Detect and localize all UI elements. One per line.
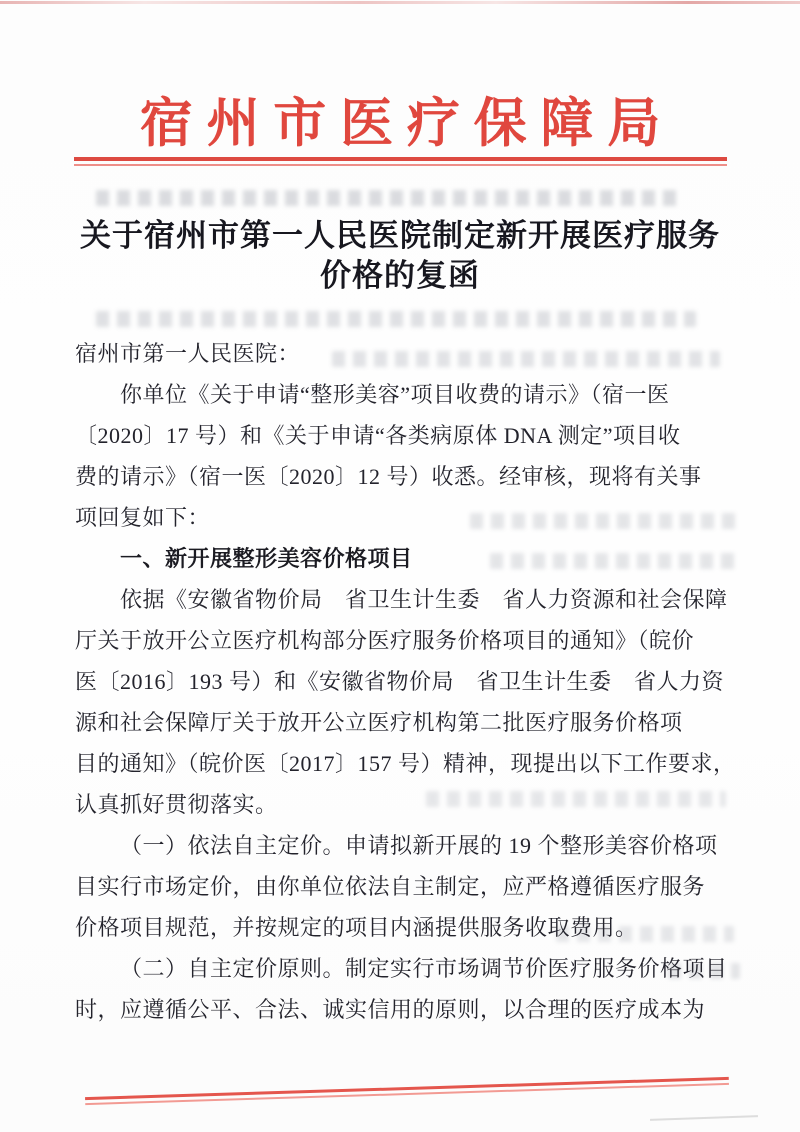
body-line: 时，应遵循公平、合法、诚实信用的原则，以合理的医疗成本为: [75, 989, 731, 1030]
agency-masthead: 宿州市医疗保障局: [0, 94, 800, 154]
body-line: 〔2020〕17 号）和《关于申请“各类病原体 DNA 测定”项目收: [75, 415, 731, 456]
body-line: 目实行市场定价，由你单位依法自主制定，应严格遵循医疗服务: [75, 866, 731, 907]
body-line: 费的请示》（宿一医〔2020〕12 号）收悉。经审核，现将有关事: [75, 456, 731, 497]
bleed-through-red-rule: [85, 1077, 729, 1105]
body-line: 价格项目规范，并按规定的项目内涵提供服务收取费用。: [75, 907, 731, 948]
body-line: （二）自主定价原则。制定实行市场调节价医疗服务价格项目: [75, 948, 731, 989]
body-line: 你单位《关于申请“整形美容”项目收费的请示》（宿一医: [75, 374, 731, 415]
document-title-line-2: 价格的复函: [40, 256, 760, 296]
scanned-document-page: 宿州市医疗保障局 关于宿州市第一人民医院制定新开展医疗服务 价格的复函 宿州市第…: [0, 0, 800, 1132]
section-1-heading: 一、新开展整形美容价格项目: [75, 538, 731, 579]
body-line: （一）依法自主定价。申请拟新开展的 19 个整形美容价格项: [75, 825, 731, 866]
bleed-through-ghost: [96, 190, 684, 206]
scan-top-edge-line: [0, 1, 800, 4]
body-line: 厅关于放开公立医疗机构部分医疗服务价格项目的通知》（皖价: [75, 620, 731, 661]
body-line: 认真抓好贯彻落实。: [75, 784, 731, 825]
salutation: 宿州市第一人民医院：: [75, 333, 731, 374]
bleed-through-ghost: [96, 311, 696, 327]
body-line: 依据《安徽省物价局 省卫生计生委 省人力资源和社会保障: [75, 579, 731, 620]
document-title: 关于宿州市第一人民医院制定新开展医疗服务 价格的复函: [40, 216, 760, 296]
scan-artifact-mark: [650, 1115, 758, 1121]
document-body: 宿州市第一人民医院： 你单位《关于申请“整形美容”项目收费的请示》（宿一医 〔2…: [75, 333, 731, 1030]
document-title-line-1: 关于宿州市第一人民医院制定新开展医疗服务: [40, 216, 760, 256]
body-line: 项回复如下：: [75, 497, 731, 538]
body-line: 医〔2016〕193 号）和《安徽省物价局 省卫生计生委 省人力资: [75, 661, 731, 702]
body-line: 目的通知》（皖价医〔2017〕157 号）精神，现提出以下工作要求，: [75, 743, 731, 784]
masthead-red-rule: [74, 157, 727, 166]
body-line: 源和社会保障厅关于放开公立医疗机构第二批医疗服务价格项: [75, 702, 731, 743]
